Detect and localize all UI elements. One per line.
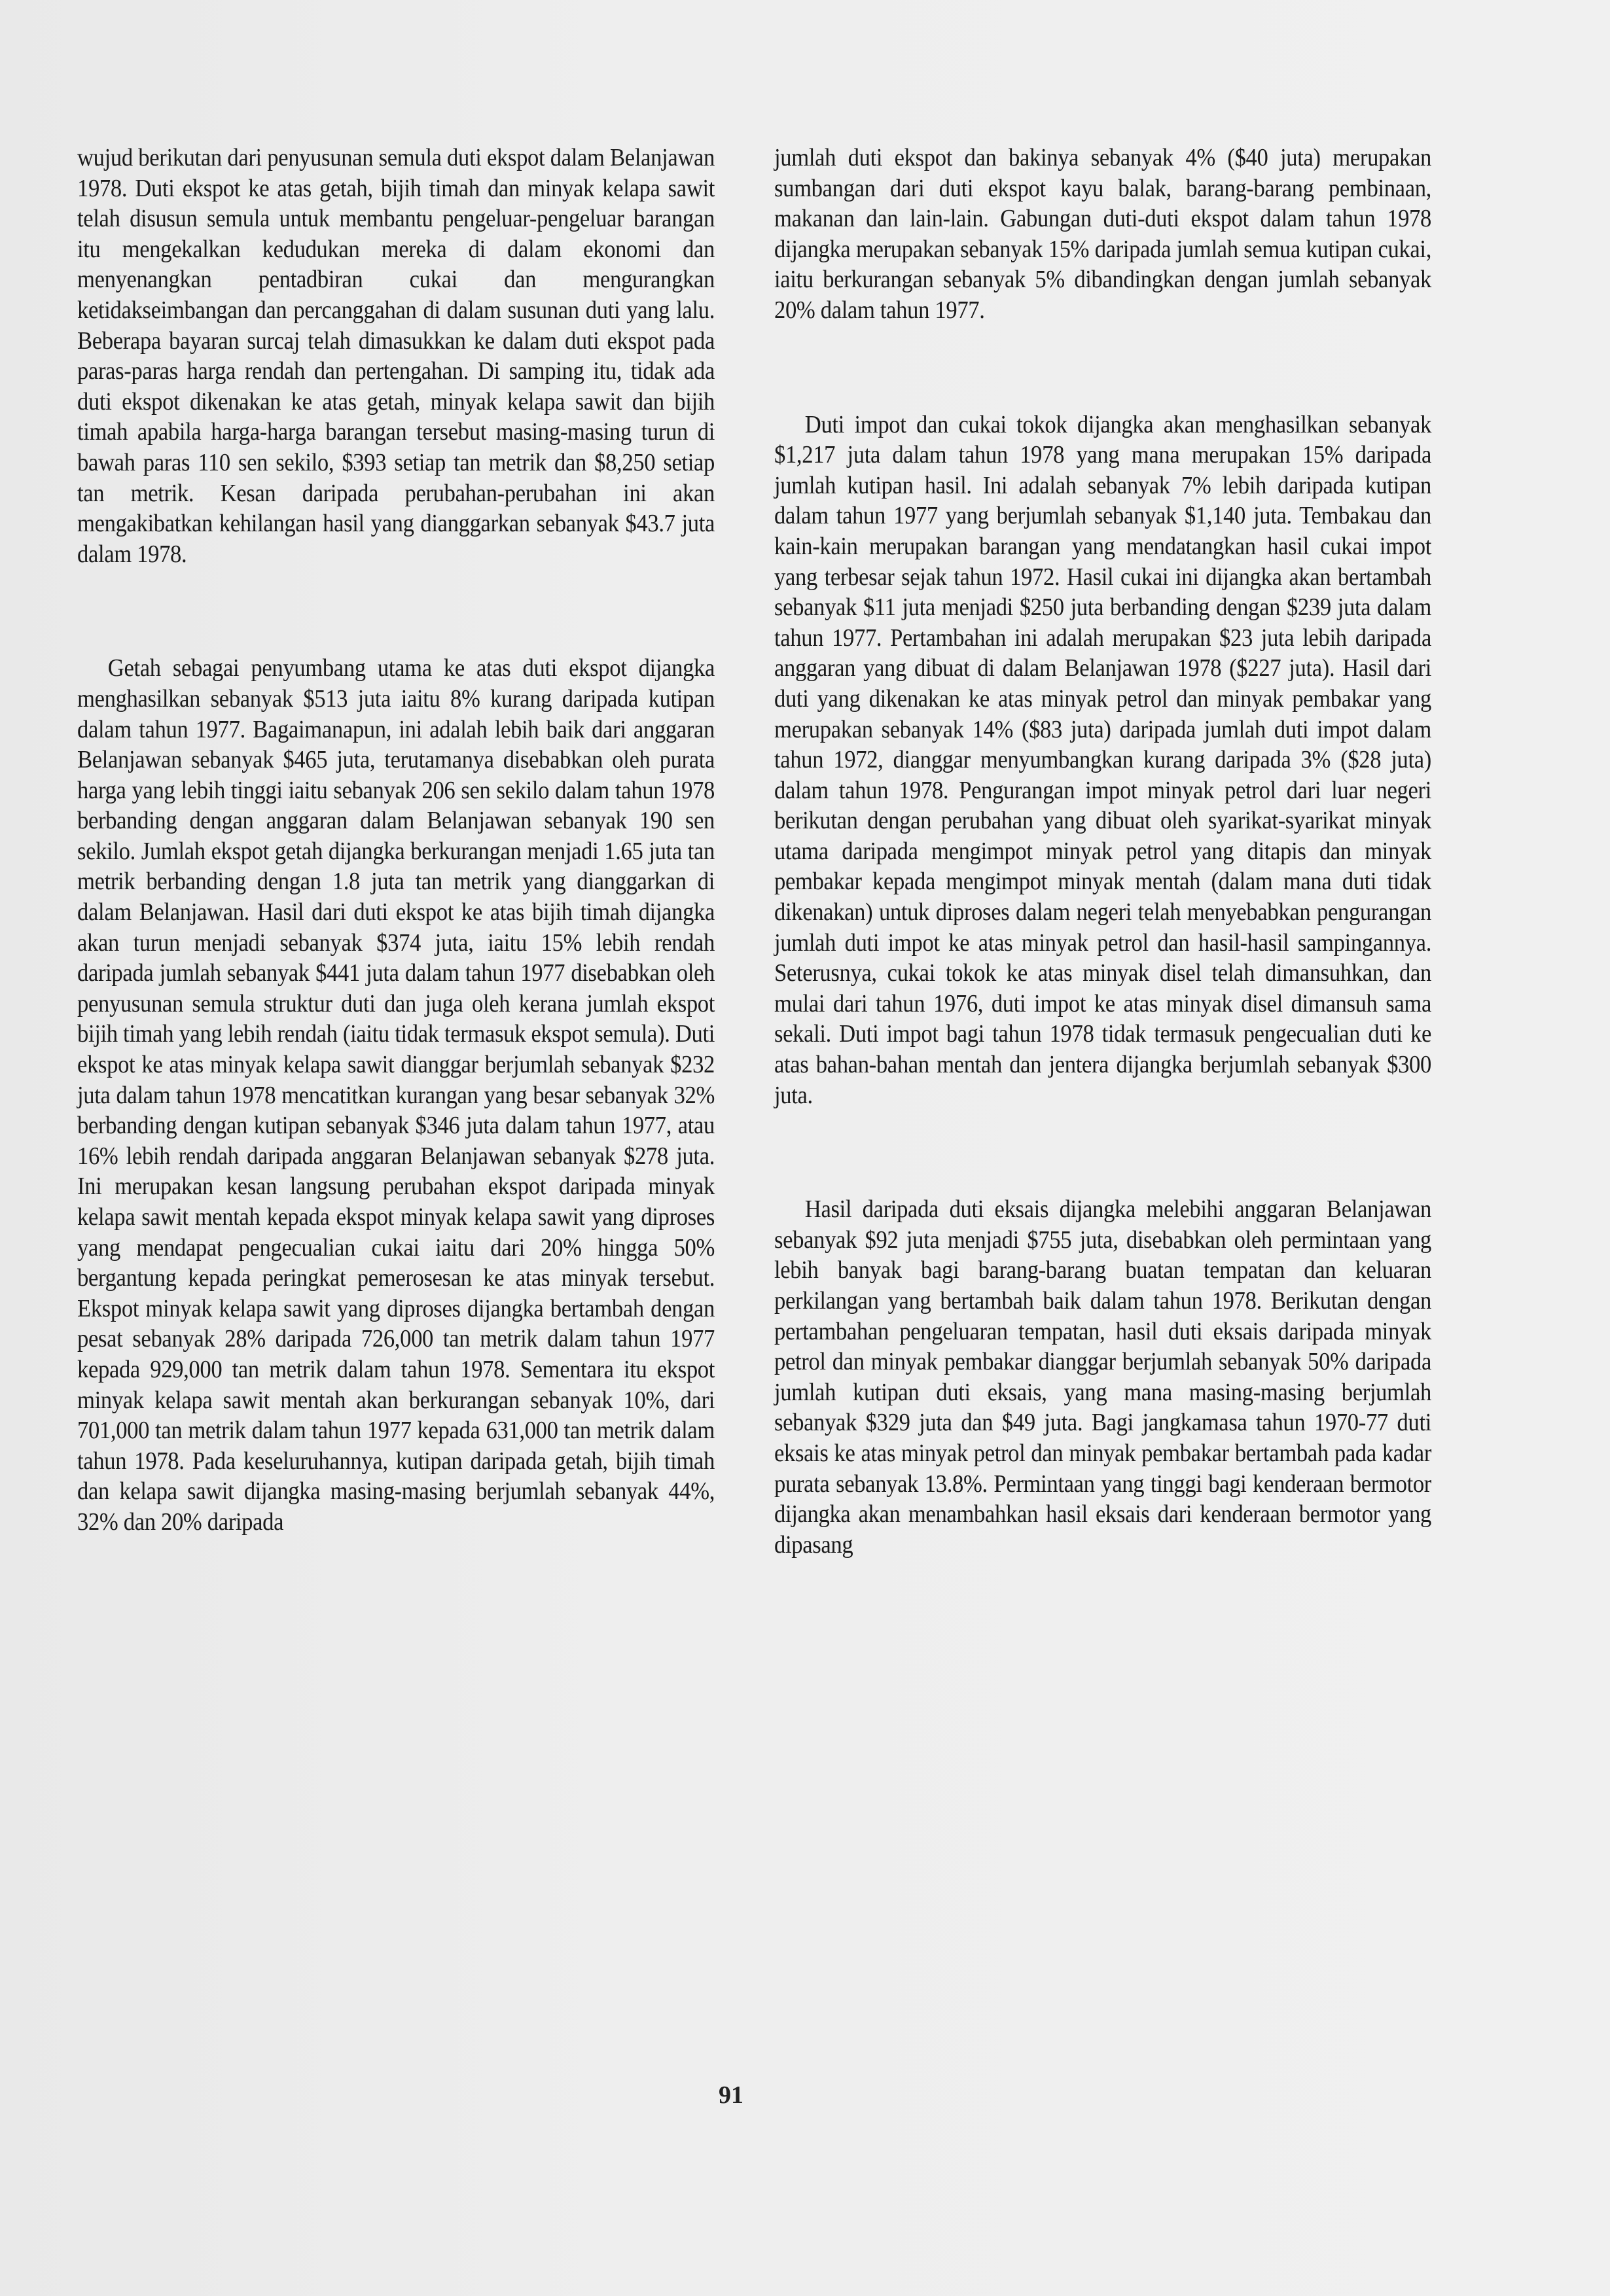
paragraph-export-duty-share: jumlah duti ekspot dan bakinya sebanyak … (774, 143, 1431, 326)
right-column: jumlah duti ekspot dan bakinya sebanyak … (774, 143, 1432, 1560)
document-page: wujud berikutan dari penyusunan semula d… (0, 0, 1610, 2296)
paragraph-import-duty: Duti impot dan cukai tokok dijangka akan… (774, 410, 1431, 1111)
page-number: 91 (719, 2081, 743, 2110)
paragraph-excise-duty: Hasil daripada duti eksais dijangka mele… (774, 1194, 1431, 1560)
paragraph-export-duty-restructuring: wujud berikutan dari penyusunan semula d… (77, 143, 715, 569)
left-column: wujud berikutan dari penyusunan semula d… (77, 143, 715, 1538)
paragraph-spacer (77, 569, 715, 653)
paragraph-spacer (774, 326, 1432, 410)
paragraph-rubber-tin-palm-oil: Getah sebagai penyumbang utama ke atas d… (77, 653, 715, 1537)
paragraph-spacer (774, 1110, 1432, 1194)
